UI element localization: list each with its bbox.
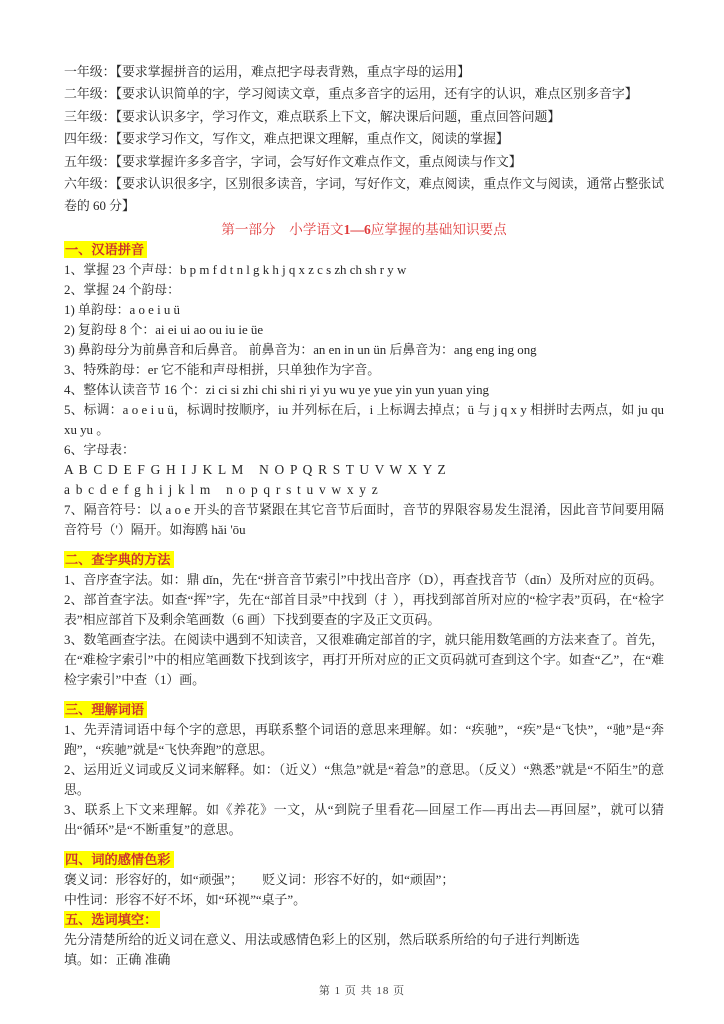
section-heading-row: 二、查字典的方法: [64, 550, 664, 570]
grade-requirement-line: 一年级：【要求掌握拼音的运用，难点把字母表背熟，重点字母的运用】: [64, 61, 664, 83]
part-title-range: 1—6: [344, 222, 371, 237]
body-paragraph: 3、数笔画查字法。在阅读中遇到不知读音，又很难确定部首的字，就只能用数笔画的方法…: [64, 630, 664, 690]
alphabet-uppercase-row: A B C D E F G H I J K L M N O P Q R S T …: [64, 460, 664, 480]
body-paragraph: 中性词：形容不好不坏，如“环视”“桌子”。: [64, 890, 664, 910]
part-title-prefix: 第一部分 小学语文: [221, 222, 343, 237]
body-paragraph: 6、字母表：: [64, 440, 664, 460]
section-ganqing-secai: 四、词的感情色彩 褒义词：形容好的，如“顽强”； 贬义词：形容不好的，如“顽固”…: [64, 850, 664, 910]
section-heading-row: 一、汉语拼音: [64, 240, 664, 260]
body-paragraph: 3) 鼻韵母分为前鼻音和后鼻音。 前鼻音为：an en in un ün 后鼻音…: [64, 340, 664, 360]
section-heading-row: 五、选词填空：: [64, 910, 664, 930]
grade-requirement-line: 五年级：【要求掌握许多多音字，字词，会写好作文难点作文，重点阅读与作文】: [64, 151, 664, 173]
body-paragraph: 1) 单韵母：a o e i u ü: [64, 300, 664, 320]
section-heading: 三、理解词语: [64, 701, 147, 718]
body-paragraph: 2、运用近义词或反义词来解释。如：（近义）“焦急”就是“着急”的意思。（反义）“…: [64, 760, 664, 800]
body-paragraph: 褒义词：形容好的，如“顽强”； 贬义词：形容不好的，如“顽固”；: [64, 870, 664, 890]
section-chazidian-fangfa: 二、查字典的方法 1、音序查字法。如：鼎 dǐn，先在“拼音音节索引”中找出音序…: [64, 550, 664, 690]
grade-requirement-line: 六年级：【要求认识很多字，区别很多读音，字词，写好作文，难点阅读，重点作文与阅读…: [64, 173, 664, 218]
body-paragraph: 3、特殊韵母：er 它不能和声母相拼，只单独作为字音。: [64, 360, 664, 380]
section-lijie-ciyu: 三、理解词语 1、先弄清词语中每个字的意思，再联系整个词语的意思来理解。如：“疾…: [64, 700, 664, 840]
section-heading-row: 四、词的感情色彩: [64, 850, 664, 870]
body-paragraph: 2、部首查字法。如查“挥”字，先在“部首目录”中找到（扌），再找到部首所对应的“…: [64, 590, 664, 630]
body-paragraph: 1、掌握 23 个声母：b p m f d t n l g k h j q x …: [64, 260, 664, 280]
section-hanyu-pinyin: 一、汉语拼音 1、掌握 23 个声母：b p m f d t n l g k h…: [64, 240, 664, 540]
section-heading: 五、选词填空：: [64, 911, 160, 928]
section-heading: 一、汉语拼音: [64, 241, 147, 258]
section-heading: 四、词的感情色彩: [64, 851, 174, 868]
body-paragraph: 2、掌握 24 个韵母：: [64, 280, 664, 300]
body-paragraph: 7、隔音符号：以 a o e 开头的音节紧跟在其它音节后面时，音节的界限容易发生…: [64, 500, 664, 540]
part-title: 第一部分 小学语文1—6应掌握的基础知识要点: [64, 220, 664, 240]
section-heading-row: 三、理解词语: [64, 700, 664, 720]
alphabet-lowercase-row: a b c d e f g h i j k l m n o p q r s t …: [64, 480, 664, 500]
body-paragraph: 5、标调：a o e i u ü，标调时按顺序，iu 并列标在后，i 上标调去掉…: [64, 400, 664, 440]
grade-requirements-block: 一年级：【要求掌握拼音的运用，难点把字母表背熟，重点字母的运用】 二年级：【要求…: [64, 61, 664, 218]
grade-requirement-line: 二年级：【要求认识简单的字，学习阅读文章，重点多音字的运用，还有字的认识，难点区…: [64, 83, 664, 105]
section-xuanci-tiankong: 五、选词填空： 先分清楚所给的近义词在意义、用法或感情色彩上的区别，然后联系所给…: [64, 910, 664, 970]
body-paragraph: 4、整体认读音节 16 个：zi ci si zhi chi shi ri yi…: [64, 380, 664, 400]
body-paragraph: 3、联系上下文来理解。如《养花》一文，从“到院子里看花—回屋工作—再出去—再回屋…: [64, 800, 664, 840]
page-number-footer: 第 1 页 共 18 页: [0, 982, 724, 998]
section-heading: 二、查字典的方法: [64, 551, 174, 568]
part-title-suffix: 应掌握的基础知识要点: [371, 222, 507, 237]
document-page: 一年级：【要求掌握拼音的运用，难点把字母表背熟，重点字母的运用】 二年级：【要求…: [0, 0, 724, 970]
body-paragraph: 1、音序查字法。如：鼎 dǐn，先在“拼音音节索引”中找出音序（D），再查找音节…: [64, 570, 664, 590]
grade-requirement-line: 四年级：【要求学习作文，写作文，难点把课文理解，重点作文，阅读的掌握】: [64, 128, 664, 150]
body-paragraph: 2) 复韵母 8 个：ai ei ui ao ou iu ie üe: [64, 320, 664, 340]
body-paragraph: 1、先弄清词语中每个字的意思，再联系整个词语的意思来理解。如：“疾驰”，“疾”是…: [64, 720, 664, 760]
grade-requirement-line: 三年级：【要求认识多字，学习作文，难点联系上下文，解决课后问题，重点回答问题】: [64, 106, 664, 128]
body-paragraph: 先分清楚所给的近义词在意义、用法或感情色彩上的区别，然后联系所给的句子进行判断选…: [64, 930, 604, 970]
